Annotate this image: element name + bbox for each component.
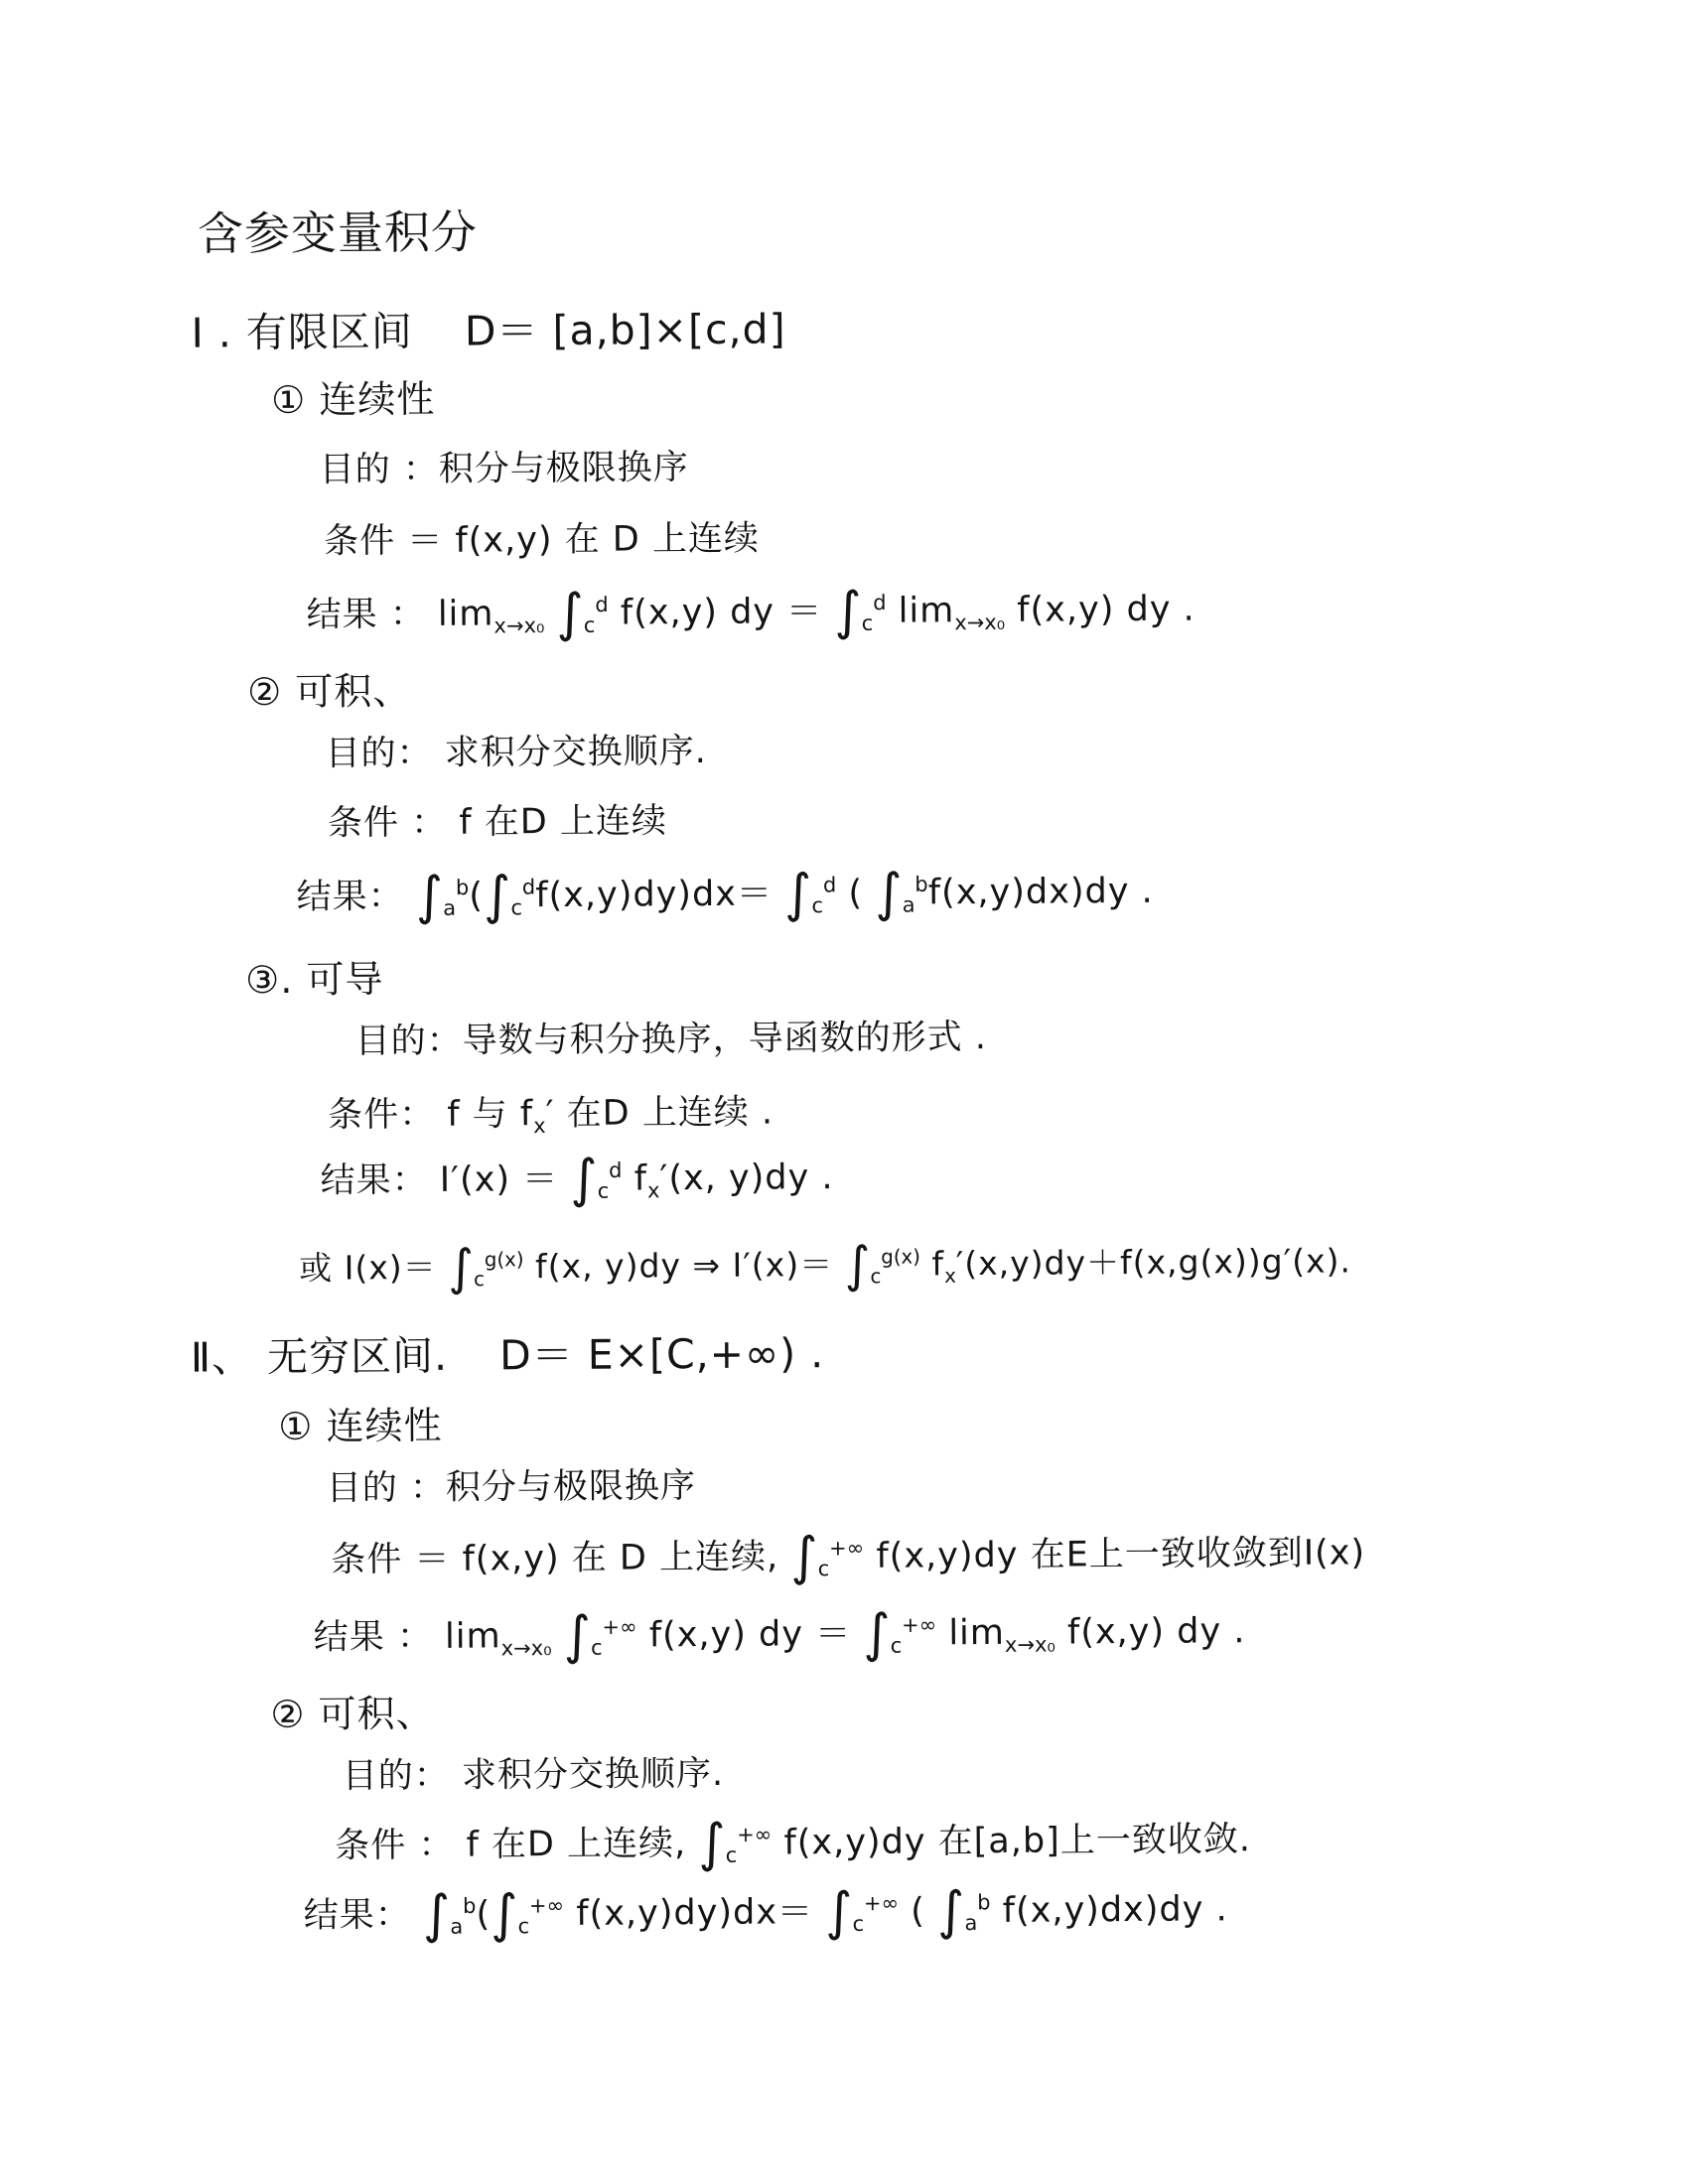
integral-sign: ∫ xyxy=(491,1884,518,1945)
integral-sign: ∫ xyxy=(825,1881,853,1942)
sec1-item3-label: ③. 可导 xyxy=(245,948,384,1004)
sec2-item2-condition: 条件 ： f 在D 上连续, ∫c+∞ f(x,y)dy 在[a,b]上一致收敛… xyxy=(335,1812,1251,1869)
integral-sign: ∫ xyxy=(834,581,862,641)
sec2-item1-label: ① 连续性 xyxy=(278,1395,443,1450)
sec1-item1-result: 结果 ： limx→x₀ ∫cd f(x,y) dy ＝ ∫cd limx→x₀… xyxy=(306,582,1195,639)
integral-sign: ∫ xyxy=(416,866,444,926)
section-1-domain-formula: D＝ [a,b]×[c,d] xyxy=(465,305,786,354)
sec1-item3-alt-result: 或 I(x)＝ ∫cg(x) f(x, y)dy ⇒ I′(x)＝ ∫cg(x)… xyxy=(299,1235,1351,1292)
integral-sign: ∫ xyxy=(790,1526,818,1586)
integral-sign: ∫ xyxy=(423,1884,451,1945)
section-2-heading-text: Ⅱ、 无穷区间. xyxy=(191,1332,449,1382)
integral-sign: ∫ xyxy=(784,864,812,924)
integral-sign: ∫ xyxy=(556,583,584,643)
sec1-item1-label: ① 连续性 xyxy=(271,368,436,424)
integral-sign: ∫ xyxy=(563,1605,591,1666)
integral-sign: ∫ xyxy=(698,1813,726,1873)
section-2-heading: Ⅱ、 无穷区间. D＝ E×[C,+∞) . xyxy=(191,1320,825,1383)
integral-sign: ∫ xyxy=(844,1236,870,1294)
sec1-item1-purpose: 目的 ：积分与极限换序 xyxy=(319,440,688,492)
section-1-heading: Ⅰ . 有限区间 D＝ [a,b]×[c,d] xyxy=(191,296,785,358)
sec2-item2-result: 结果： ∫ab(∫c+∞ f(x,y)dy)dx＝ ∫c+∞ ( ∫ab f(x… xyxy=(304,1881,1228,1939)
integral-sign: ∫ xyxy=(570,1149,598,1209)
sec1-item3-condition: 条件： f 与 fx′ 在D 上连续 . xyxy=(328,1084,774,1139)
sec2-item2-purpose: 目的： 求积分交换顺序. xyxy=(343,1746,725,1799)
sec2-item2-label: ② 可积、 xyxy=(270,1683,435,1738)
sec2-item1-result: 结果 ： limx→x₀ ∫c+∞ f(x,y) dy ＝ ∫c+∞ limx→… xyxy=(314,1603,1246,1662)
sec1-item2-condition: 条件 ： f 在D 上连续 xyxy=(328,793,667,845)
note-title: 含参变量积分 xyxy=(198,197,478,264)
sec1-item2-label: ② 可积、 xyxy=(247,660,412,716)
sec1-item3-purpose: 目的：导数与积分换序，导函数的形式 . xyxy=(354,1010,987,1063)
sec2-item1-condition: 条件 ＝ f(x,y) 在 D 上连续, ∫c+∞ f(x,y)dy 在E上一致… xyxy=(331,1525,1365,1583)
integral-sign: ∫ xyxy=(937,1880,965,1941)
integral-sign: ∫ xyxy=(484,866,511,926)
handwritten-notes-page: 含参变量积分 Ⅰ . 有限区间 D＝ [a,b]×[c,d] ① 连续性 目的 … xyxy=(0,0,1688,2184)
integral-sign: ∫ xyxy=(875,863,903,923)
integral-sign: ∫ xyxy=(863,1603,891,1664)
sec1-item2-result: 结果： ∫ab(∫cdf(x,y)dy)dx＝ ∫cd ( ∫abf(x,y)d… xyxy=(296,864,1153,921)
section-2-domain-formula: D＝ E×[C,+∞) . xyxy=(499,1329,824,1379)
sec2-item1-purpose: 目的 ：积分与极限换序 xyxy=(327,1458,696,1511)
integral-sign: ∫ xyxy=(448,1239,474,1297)
sec1-item2-purpose: 目的： 求积分交换顺序. xyxy=(325,724,707,776)
section-1-heading-text: Ⅰ . 有限区间 xyxy=(191,308,413,357)
sec1-item1-condition: 条件 ＝ f(x,y) 在 D 上连续 xyxy=(324,511,760,564)
sec1-item3-result: 结果： I′(x) ＝ ∫cd fx′(x, y)dy . xyxy=(320,1150,833,1205)
